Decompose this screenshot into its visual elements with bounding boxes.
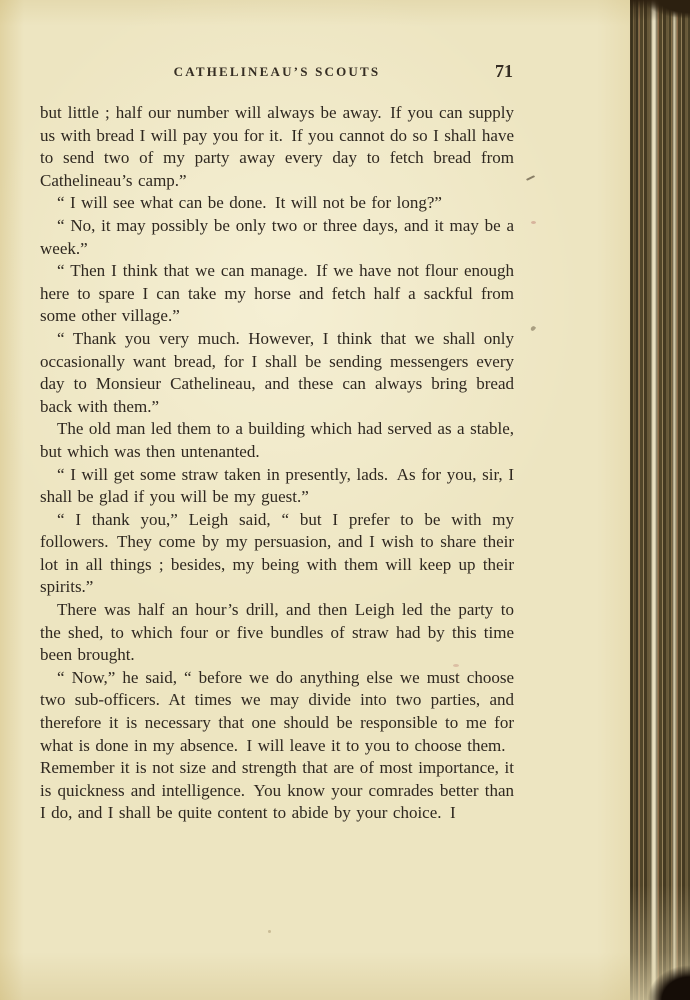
paragraph: but little ; half our number will always…: [40, 102, 514, 192]
paragraph: The old man led them to a building which…: [40, 418, 514, 463]
paragraph: “ No, it may possibly be only two or thr…: [40, 215, 514, 260]
paragraph: “ I will see what can be done. It will n…: [40, 192, 514, 215]
page-stack-shadow-bottom: [634, 954, 690, 1000]
paper-speck: [268, 930, 271, 933]
paper-surface: CATHELINEAU’S SCOUTS 71 but little ; hal…: [0, 0, 631, 1000]
paper-speck: [526, 175, 535, 181]
running-head: CATHELINEAU’S SCOUTS: [40, 64, 514, 80]
page-header: CATHELINEAU’S SCOUTS 71: [40, 64, 514, 81]
book-fore-edge-pages: [630, 0, 690, 1000]
paragraph: “ Now,” he said, “ before we do anything…: [40, 667, 514, 825]
paper-speck: [530, 325, 536, 331]
paragraph: There was half an hour’s drill, and then…: [40, 599, 514, 667]
paragraph: “ I will get some straw taken in present…: [40, 464, 514, 509]
page-content: CATHELINEAU’S SCOUTS 71 but little ; hal…: [40, 64, 514, 825]
book-page-scan: CATHELINEAU’S SCOUTS 71 but little ; hal…: [0, 0, 690, 1000]
paragraph: “ I thank you,” Leigh said, “ but I pref…: [40, 509, 514, 599]
page-stack-shadow-top: [632, 0, 690, 24]
paragraph: “ Then I think that we can manage. If we…: [40, 260, 514, 328]
paragraph: “ Thank you very much. However, I think …: [40, 328, 514, 418]
page-text: but little ; half our number will always…: [40, 102, 514, 825]
paper-speck: [531, 221, 536, 224]
page-number: 71: [495, 61, 513, 82]
